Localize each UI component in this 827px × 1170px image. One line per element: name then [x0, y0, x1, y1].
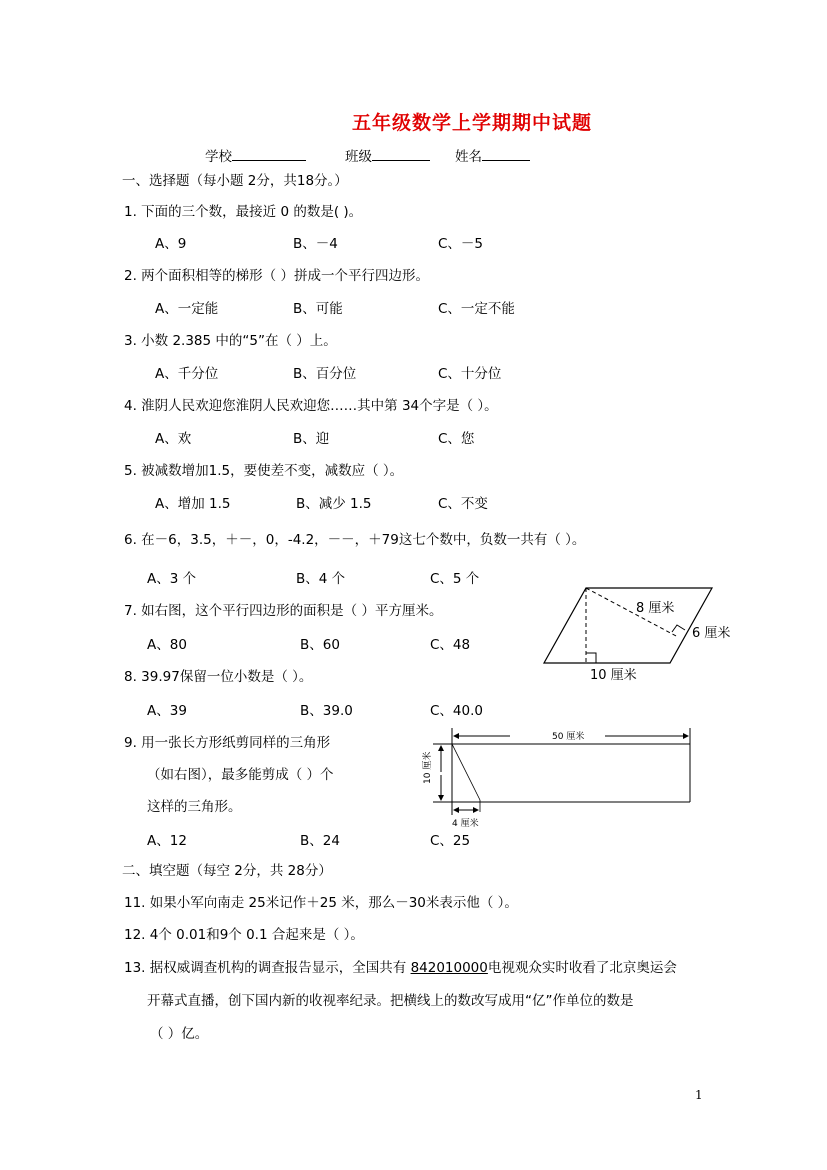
- width-10-label: 10 厘米: [421, 752, 433, 784]
- section2-heading: 二、填空题（每空 2分，共 28分）: [122, 862, 332, 880]
- question-6: 6. 在－6，3.5，＋－，0，-4.2，－－，＋79这七个数中，负数一共有（ …: [124, 531, 585, 549]
- page-number: 1: [695, 1086, 703, 1104]
- q3-option-c[interactable]: C、十分位: [438, 365, 501, 383]
- q2-option-b[interactable]: B、可能: [293, 300, 343, 318]
- question-13-line3: （ ）亿。: [150, 1025, 208, 1043]
- question-1: 1. 下面的三个数，最接近 0 的数是( )。: [124, 203, 362, 221]
- question-9-line3: 这样的三角形。: [147, 798, 242, 816]
- question-9-line2: （如右图），最多能剪成（ ）个: [147, 766, 334, 784]
- page-title: 五年级数学上学期期中试题: [352, 114, 592, 132]
- question-8: 8. 39.97保留一位小数是（ ）。: [124, 668, 312, 686]
- school-field[interactable]: 学校: [205, 146, 306, 166]
- q9-option-a[interactable]: A、12: [147, 832, 187, 850]
- q6-option-b[interactable]: B、4 个: [296, 570, 345, 588]
- question-2: 2. 两个面积相等的梯形（ ）拼成一个平行四边形。: [124, 267, 429, 285]
- section1-heading: 一、选择题（每小题 2分，共18分。）: [122, 172, 348, 190]
- q2-option-a[interactable]: A、一定能: [155, 300, 218, 318]
- q3-option-a[interactable]: A、千分位: [155, 365, 218, 383]
- q9-option-b[interactable]: B、24: [300, 832, 340, 850]
- class-blank[interactable]: [372, 146, 430, 161]
- q13-suffix: 电视观众实时收看了北京奥运会: [488, 960, 677, 976]
- question-7: 7. 如右图，这个平行四边形的面积是（ ）平方厘米。: [124, 602, 442, 620]
- class-label: 班级: [345, 149, 372, 165]
- q4-option-c[interactable]: C、您: [438, 430, 474, 448]
- rectangle-figure: 50 厘米 10 厘米 4 厘米: [400, 720, 700, 830]
- name-field[interactable]: 姓名: [455, 146, 530, 166]
- q7-option-c[interactable]: C、48: [430, 636, 470, 654]
- triangle-base-4-label: 4 厘米: [452, 817, 479, 829]
- question-9-line1: 9. 用一张长方形纸剪同样的三角形: [124, 734, 330, 752]
- question-3: 3. 小数 2.385 中的“5”在（ ）上。: [124, 332, 337, 350]
- q7-option-a[interactable]: A、80: [147, 636, 187, 654]
- q8-option-a[interactable]: A、39: [147, 702, 187, 720]
- name-blank[interactable]: [482, 146, 530, 161]
- name-label: 姓名: [455, 149, 482, 165]
- question-4: 4. 淮阴人民欢迎您淮阴人民欢迎您……其中第 34个字是（ ）。: [124, 397, 498, 415]
- school-label: 学校: [205, 149, 232, 165]
- q6-option-a[interactable]: A、3 个: [147, 570, 196, 588]
- q4-option-a[interactable]: A、欢: [155, 430, 191, 448]
- question-11: 11. 如果小军向南走 25米记作＋25 米，那么－30米表示他（ ）。: [124, 894, 518, 912]
- base-10-label: 10 厘米: [590, 667, 637, 683]
- question-13-line1: 13. 据权威调查机构的调查报告显示，全国共有 842010000电视观众实时收…: [124, 959, 677, 977]
- question-12: 12. 4个 0.01和9个 0.1 合起来是（ ）。: [124, 926, 364, 944]
- q8-option-b[interactable]: B、39.0: [300, 702, 353, 720]
- school-blank[interactable]: [232, 146, 306, 161]
- question-13-line2: 开幕式直播，创下国内新的收视率纪录。把横线上的数改写成用“亿”作单位的数是: [147, 992, 634, 1010]
- parallelogram-figure: 8 厘米 6 厘米 10 厘米: [530, 580, 740, 690]
- q5-option-a[interactable]: A、增加 1.5: [155, 495, 231, 513]
- q7-option-b[interactable]: B、60: [300, 636, 340, 654]
- q6-option-c[interactable]: C、5 个: [430, 570, 479, 588]
- q5-option-c[interactable]: C、不变: [438, 495, 488, 513]
- length-50-label: 50 厘米: [552, 730, 584, 742]
- q13-underlined-number: 842010000: [411, 960, 488, 976]
- q4-option-b[interactable]: B、迎: [293, 430, 329, 448]
- q8-option-c[interactable]: C、40.0: [430, 702, 483, 720]
- side-6-label: 6 厘米: [692, 625, 730, 641]
- q1-option-a[interactable]: A、9: [155, 235, 186, 253]
- q5-option-b[interactable]: B、减少 1.5: [296, 495, 372, 513]
- q3-option-b[interactable]: B、百分位: [293, 365, 356, 383]
- q9-option-c[interactable]: C、25: [430, 832, 470, 850]
- q13-prefix: 13. 据权威调查机构的调查报告显示，全国共有: [124, 960, 411, 976]
- q1-option-c[interactable]: C、－5: [438, 235, 483, 253]
- q1-option-b[interactable]: B、－4: [293, 235, 338, 253]
- class-field[interactable]: 班级: [345, 146, 430, 166]
- height-8-label: 8 厘米: [636, 600, 674, 616]
- question-5: 5. 被减数增加1.5，要使差不变，减数应（ ）。: [124, 462, 403, 480]
- q2-option-c[interactable]: C、一定不能: [438, 300, 515, 318]
